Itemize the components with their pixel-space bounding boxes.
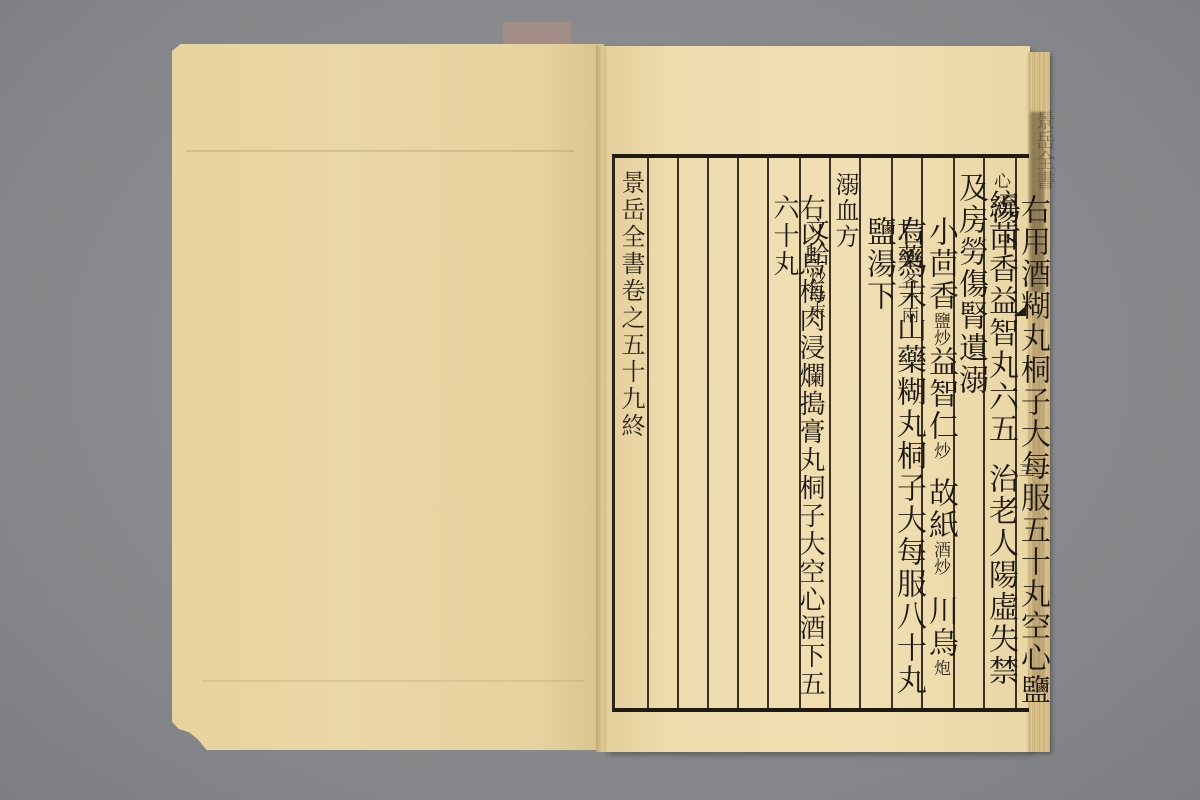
fish-tail-mark-icon — [1014, 306, 1026, 316]
printed-text-frame: 右用酒糊丸桐子大每服五十丸空心鹽湯下 心統茴香益智丸六五治老人陽虛失禁及房勞傷腎… — [612, 154, 1029, 712]
ingredient-name: 川烏 — [923, 595, 958, 659]
column-text: 右以烏梅肉浸爛搗膏丸桐子大空心酒下五六十丸 — [769, 194, 825, 698]
text-column-2: 心統茴香益智丸六五治老人陽虛失禁及房勞傷腎遺溺 — [955, 172, 1015, 708]
volume-end-title: 景岳全書卷之五十九終 — [619, 170, 643, 440]
bleed-through-rule — [202, 680, 584, 682]
open-book: 右用酒糊丸桐子大每服五十丸空心鹽湯下 心統茴香益智丸六五治老人陽虛失禁及房勞傷腎… — [0, 0, 1200, 800]
fold-margin-title: 景岳全書 — [1030, 110, 1059, 190]
ingredient-note: 酒炒 — [930, 541, 950, 575]
formula-number: 六五 — [983, 381, 1018, 445]
text-column-8: 右以烏梅肉浸爛搗膏丸桐子大空心酒下五六十丸 — [771, 194, 823, 708]
ingredient-name: 益智仁 — [923, 346, 958, 442]
ingredient-name: 小茴香 — [923, 216, 958, 312]
ingredient-note: 炒 — [930, 442, 950, 459]
text-column-6-heading: 溺血方 — [833, 172, 857, 250]
left-page-blank — [172, 44, 604, 750]
ingredient-note: 炮 — [930, 659, 950, 676]
text-column-5: 右為末山藥糊丸桐子大每服八十丸鹽湯下 — [863, 216, 923, 708]
volume-end-text: 景岳全書卷之五十九終 — [617, 170, 645, 440]
text-column-3-ingredients: 小茴香鹽炒益智仁炒故紙酒炒川烏炮 — [925, 216, 955, 676]
column-rule — [707, 158, 709, 708]
small-annotation: 心 — [990, 172, 1010, 189]
leaf-number: 三 — [1014, 462, 1037, 478]
ingredient-note: 鹽炒 — [930, 312, 950, 346]
bleed-through-rule — [186, 150, 574, 152]
column-rule — [677, 158, 679, 708]
formula-heading: 溺血方 — [831, 172, 859, 250]
column-rule — [737, 158, 739, 708]
column-text: 右為末山藥糊丸桐子大每服八十丸鹽湯下 — [861, 216, 926, 696]
ingredient-name: 故紙 — [923, 477, 958, 541]
formula-name: 統茴香益智丸 — [983, 189, 1018, 381]
column-rule — [647, 158, 649, 708]
